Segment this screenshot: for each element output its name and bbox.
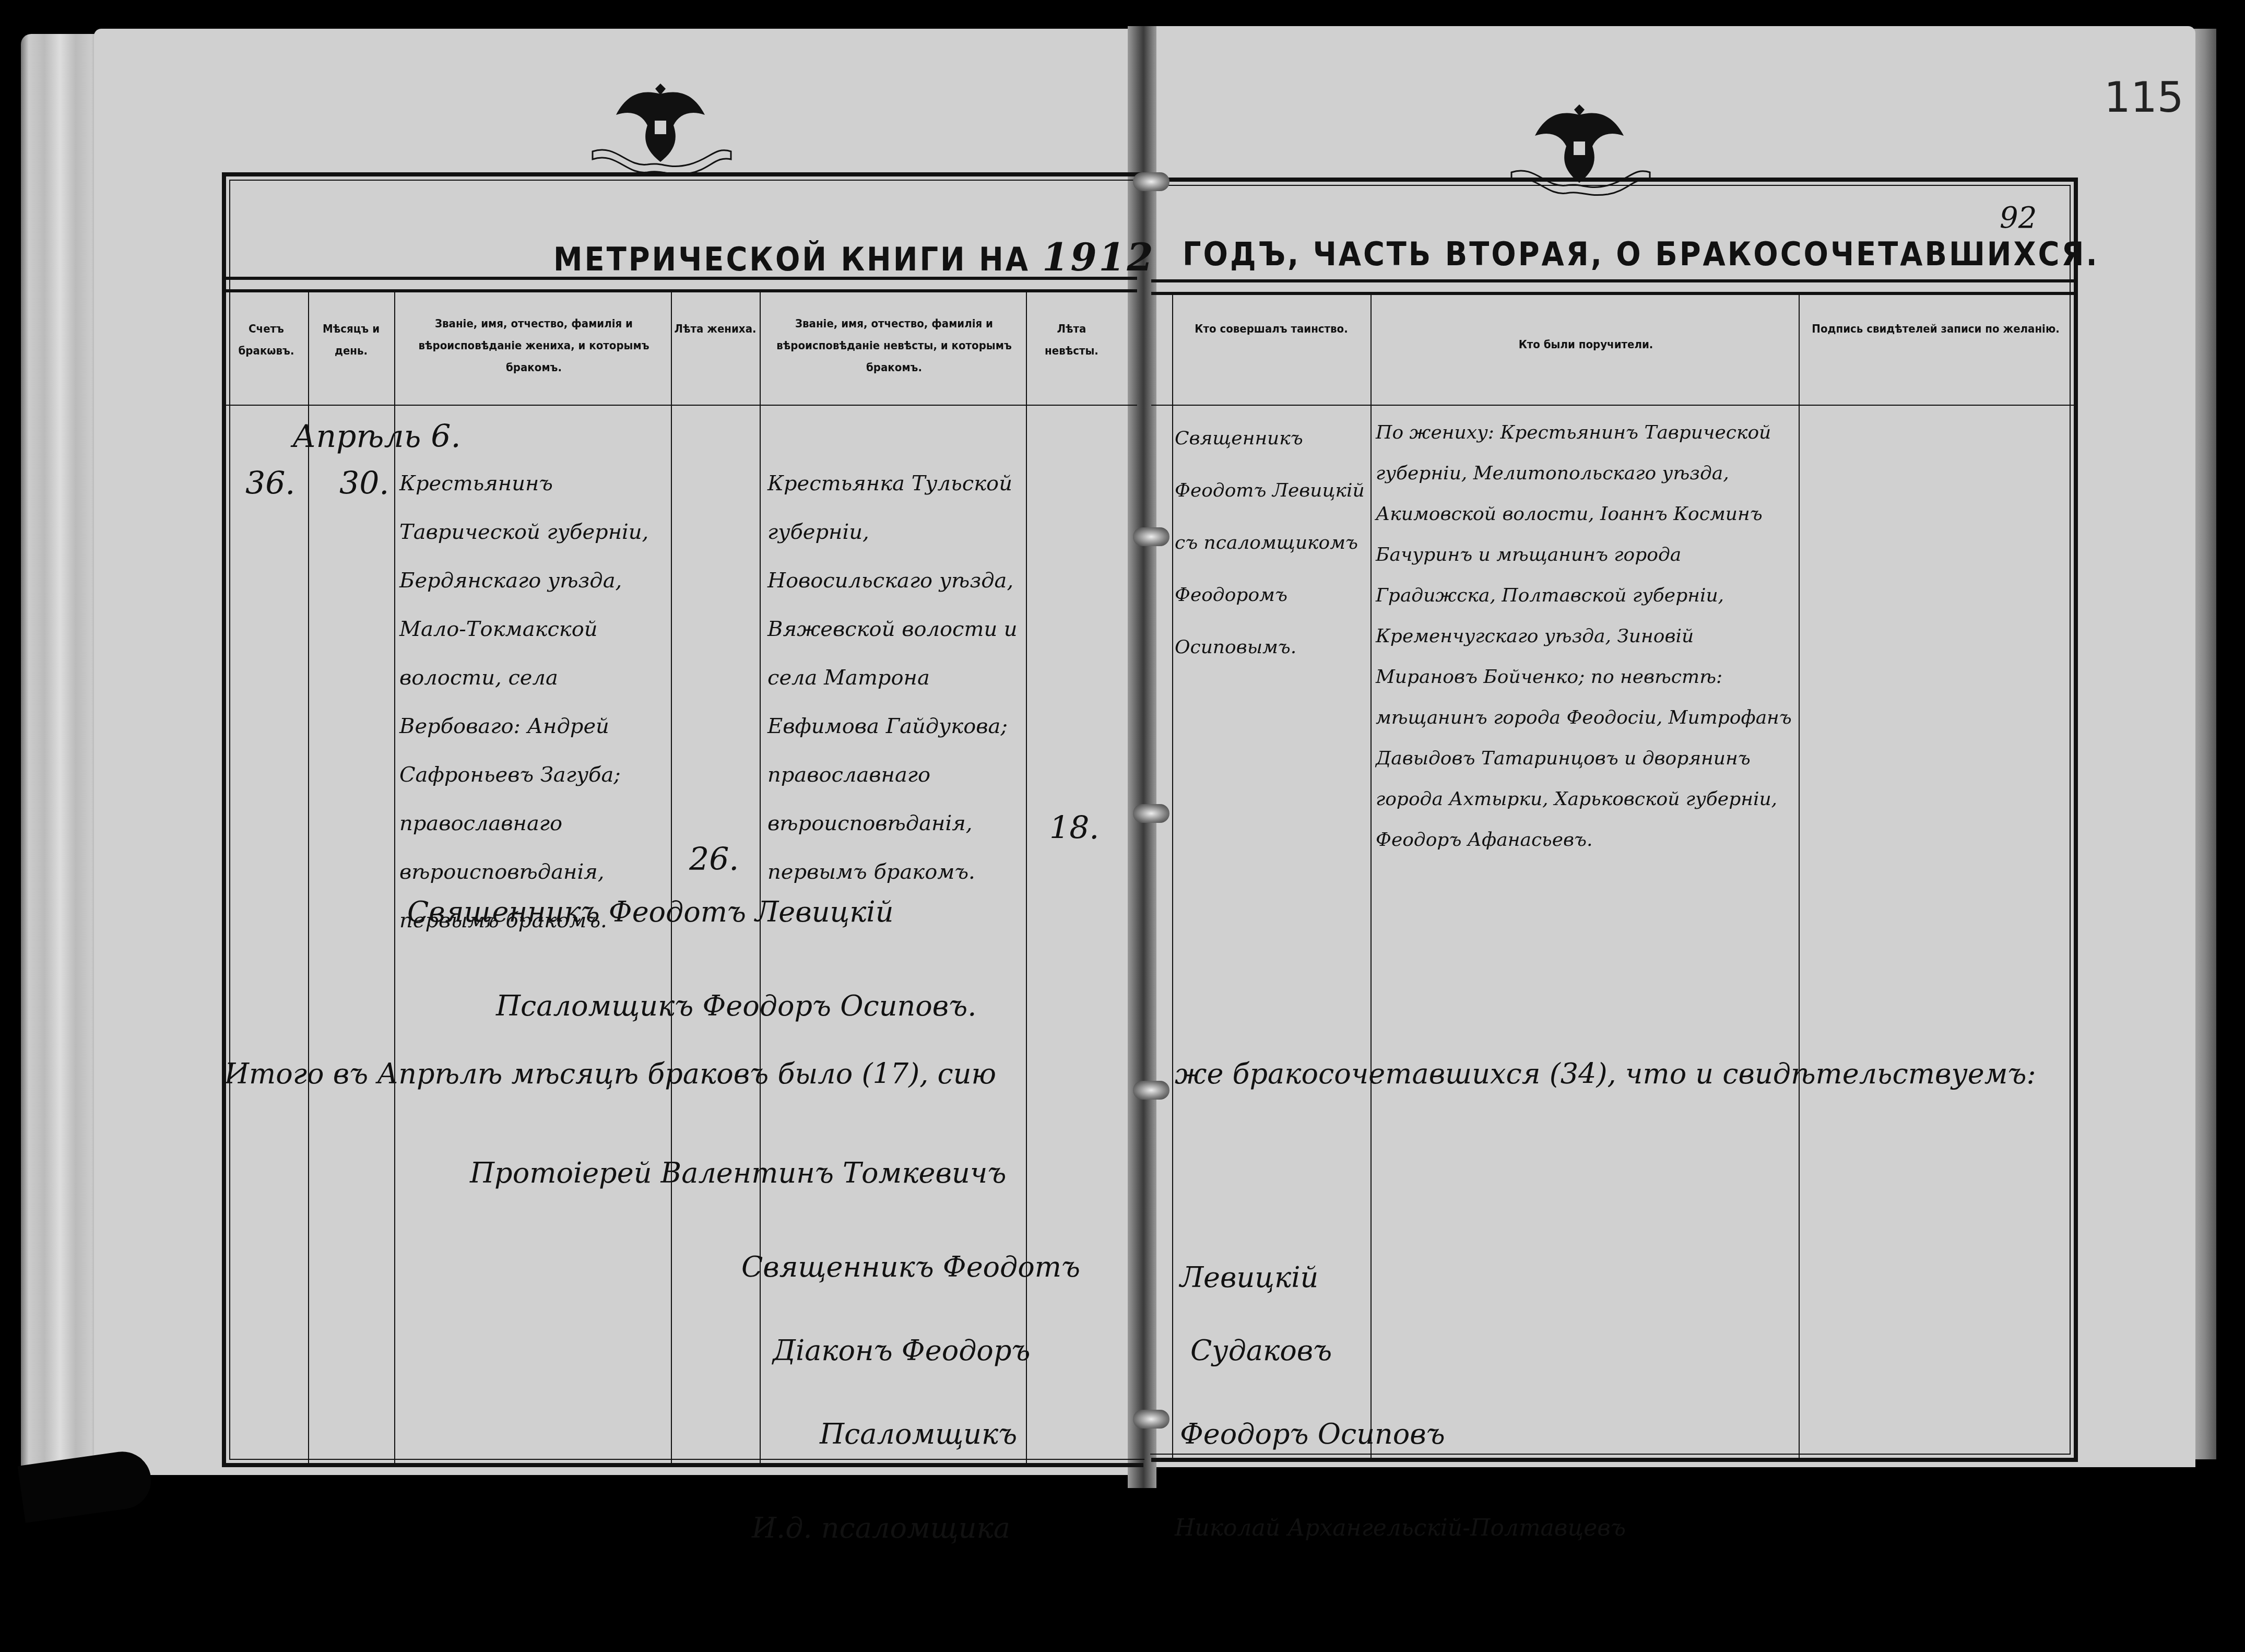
- binding-thread: [1133, 172, 1169, 191]
- column-header-month-day: Мѣсяцъ и день.: [311, 318, 392, 362]
- groom-age: 26.: [689, 835, 739, 884]
- binding-thread: [1133, 804, 1169, 823]
- book-title-right: ГОДЪ, ЧАСТЬ ВТОРАЯ, О БРАКОСОЧЕТАВШИХСЯ.: [1183, 235, 2099, 273]
- binding-thread: [1133, 1410, 1169, 1429]
- signature-priest: Священникъ Феодотъ Левицкій: [407, 888, 893, 936]
- signature-priest-left: Священникъ Феодотъ: [741, 1243, 1080, 1291]
- book-page-stack-left: [21, 34, 99, 1480]
- binding-thread: [1133, 1081, 1169, 1100]
- header-rule: [1151, 279, 2074, 295]
- signature-deacon-right: Судаковъ: [1190, 1326, 1332, 1375]
- signature-priest-right: Левицкій: [1180, 1253, 1318, 1302]
- column-header-officiant: Кто совершалъ таинство.: [1175, 318, 1368, 340]
- column-header-witness-signatures: Подпись свидѣтелей записи по желанію.: [1801, 318, 2070, 340]
- column-header-bride-age: Лѣта невѣсты.: [1029, 318, 1115, 362]
- column-header-bride: Званіе, имя, отчество, фамилія и вѣроисп…: [765, 313, 1023, 379]
- book-title-left: МЕТРИЧЕСКОЙ КНИГИ НА 1912: [553, 235, 1155, 279]
- officiant-details: Священникъ Феодотъ Левицкій съ псаломщик…: [1175, 412, 1370, 674]
- column-header-count: Счетъ бракωвъ.: [227, 318, 305, 362]
- archive-page-number: 115: [2104, 73, 2184, 122]
- title-year: 1912: [1042, 235, 1155, 279]
- signature-psalmist: Псаломщикъ Феодоръ Осиповъ.: [496, 982, 976, 1030]
- imperial-eagle-icon: [585, 73, 736, 178]
- book-page-stack-right: [2193, 29, 2216, 1459]
- signature-psalmist1-right: Феодоръ Осиповъ: [1180, 1410, 1445, 1458]
- signature-deacon-left: Діаконъ Феодоръ: [773, 1326, 1030, 1375]
- guarantors-details: По жениху: Крестьянинъ Таврической губер…: [1376, 412, 1799, 860]
- summary-line-left: Итого въ Апрѣлѣ мѣсяцѣ браковъ было (17)…: [224, 1049, 996, 1098]
- column-header-groom-age: Лѣта жениха.: [673, 318, 757, 340]
- signature-psalmist1-left: Псаломщикъ: [820, 1410, 1017, 1458]
- printed-page-number: 92: [2000, 201, 2037, 235]
- signature-archpriest: Протоіерей Валентинъ Томкевичъ: [470, 1149, 1006, 1197]
- header-rule: [226, 277, 1137, 292]
- summary-line-right: же бракосочетавшихся (34), что и свидѣте…: [1175, 1049, 2036, 1098]
- binding-thread: [1133, 527, 1169, 546]
- groom-details: Крестьянинъ Таврической губерніи, Бердян…: [399, 459, 671, 945]
- record-day: 30.: [339, 459, 389, 508]
- signature-psalmist2-left: И.д. псаломщика: [752, 1504, 1010, 1552]
- column-header-groom: Званіе, имя, отчество, фамилія и вѣроисп…: [399, 313, 668, 379]
- record-count: 36.: [245, 459, 295, 508]
- bride-age: 18.: [1049, 804, 1099, 853]
- signature-psalmist2-right: Николай Архангельскій-Полтавцевъ: [1175, 1504, 1626, 1552]
- bride-details: Крестьянка Тульской губерніи, Новосильск…: [767, 459, 1023, 896]
- month-header: Апрѣль 6.: [292, 412, 461, 461]
- column-header-guarantors: Кто были поручители.: [1376, 334, 1796, 356]
